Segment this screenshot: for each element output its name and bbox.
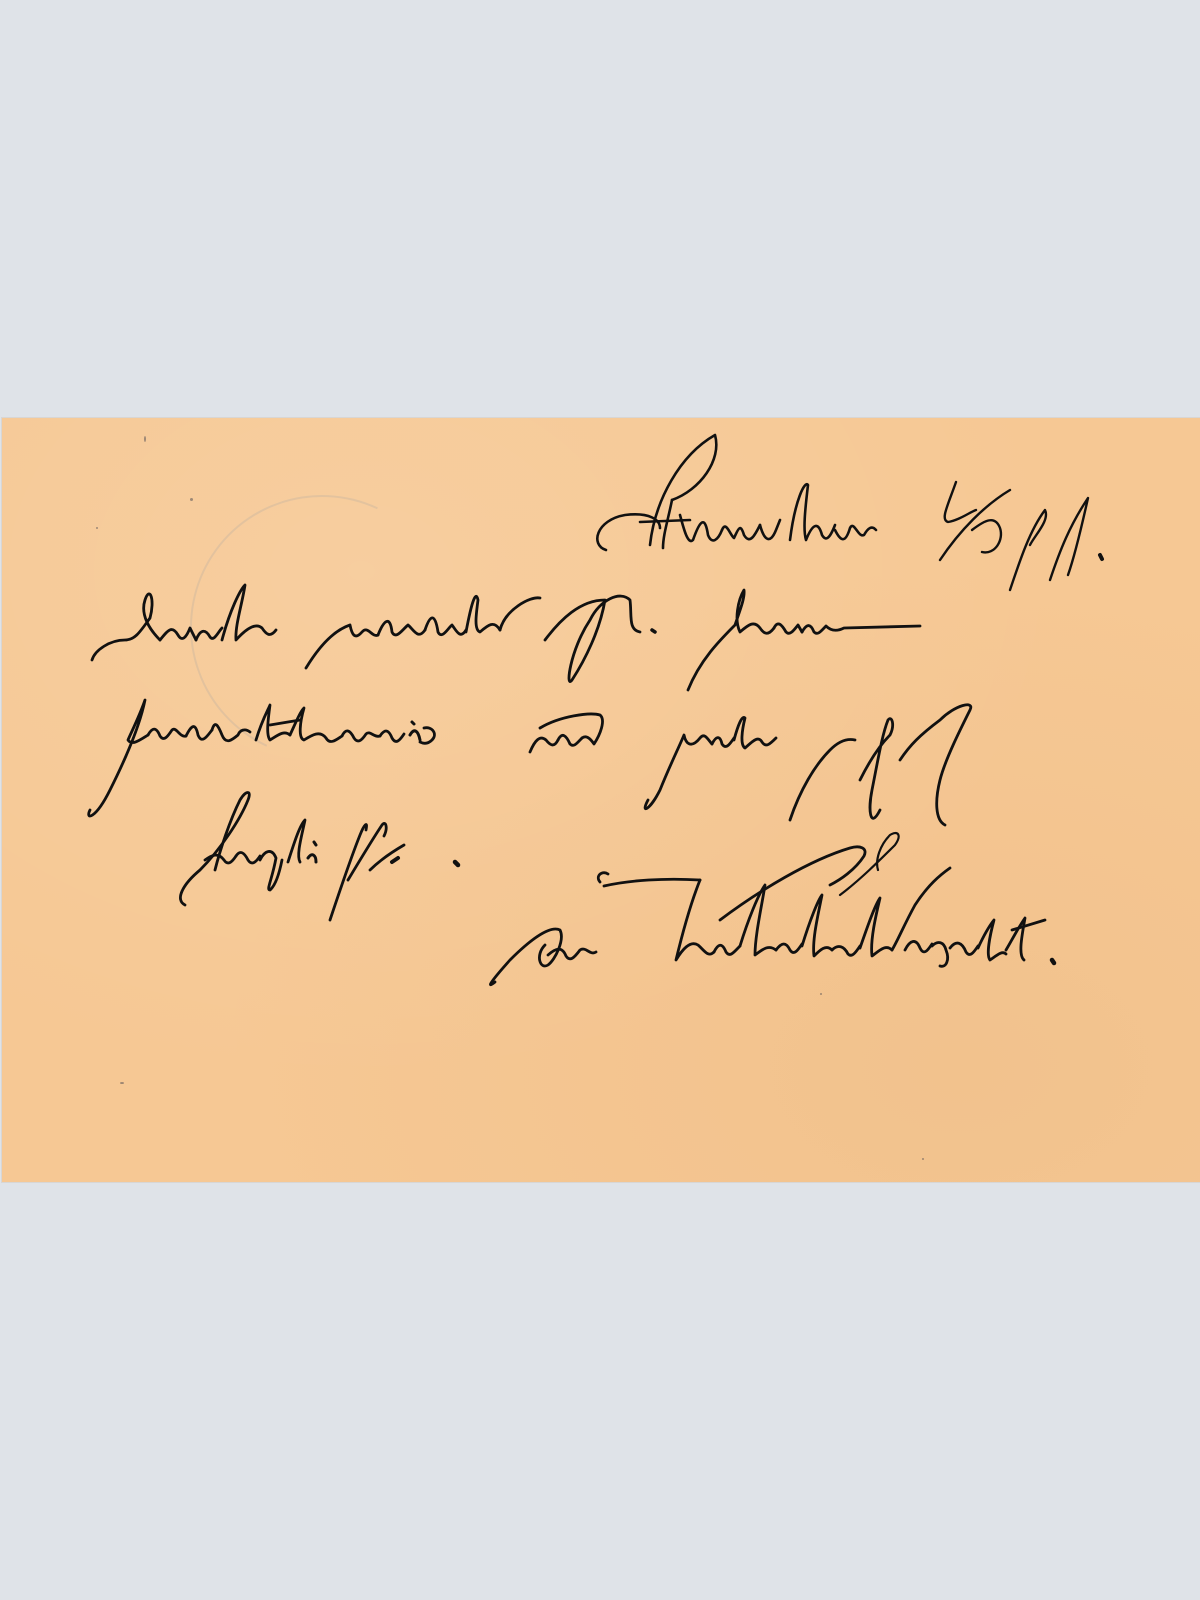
body-line-1-strokes [92, 585, 920, 690]
handwriting-ink [0, 0, 1200, 1600]
body-line-2-strokes [89, 700, 971, 825]
body-line-3-strokes [180, 793, 458, 921]
page: Stanislau 4/5 95. Danke vielmals für Dei… [0, 0, 1200, 1600]
heading-place-strokes [597, 435, 876, 550]
signature-strokes [490, 847, 1054, 985]
heading-date-strokes [940, 482, 1102, 590]
flourish-strokes [840, 833, 899, 895]
